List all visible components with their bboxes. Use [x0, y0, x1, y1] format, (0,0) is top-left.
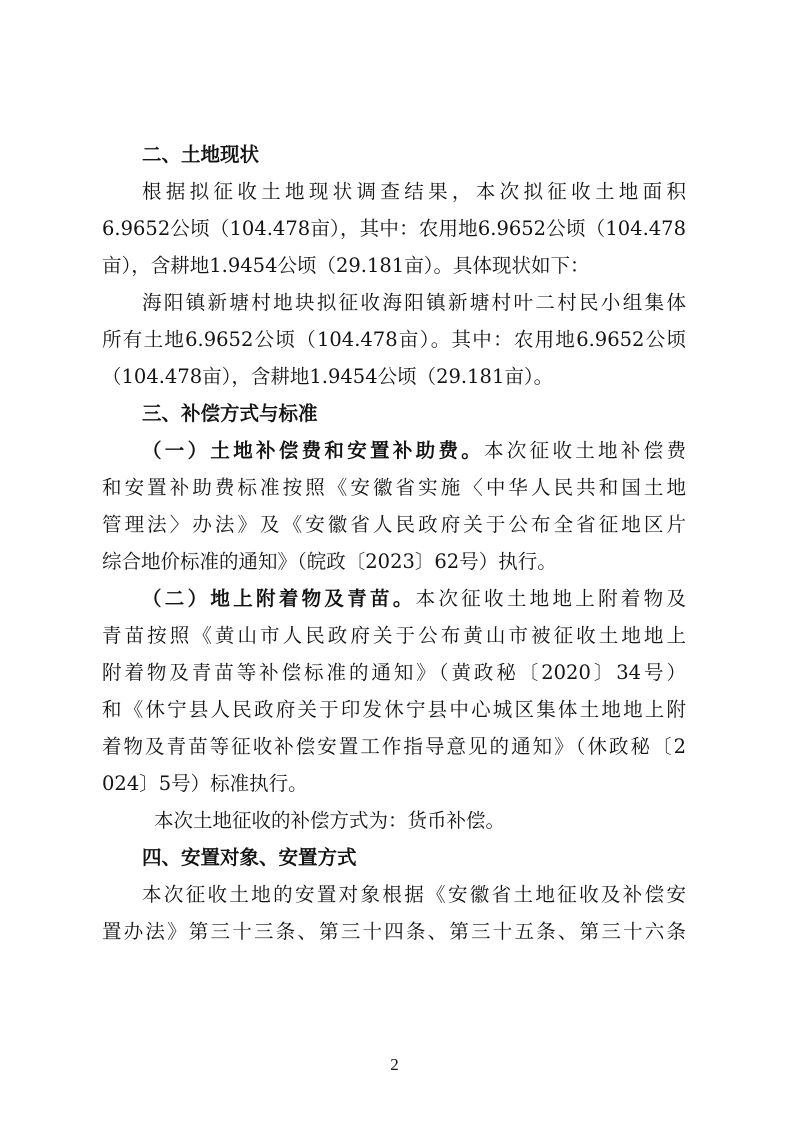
subsection-title-attachments: （二）地上附着物及青苗。 [142, 587, 416, 610]
paragraph-line: 和安置补助费标准按照《安徽省实施〈中华人民共和国土地 [102, 473, 686, 503]
paragraph-line: 亩），含耕地1.9454公顷（29.181亩）。具体现状如下： [102, 251, 686, 281]
paragraph-line: 附着物及青苗等补偿标准的通知》（黄政秘〔2020〕34号） [102, 658, 686, 688]
paragraph-line: 6.9652公顷（104.478亩），其中：农用地6.9652公顷（104.47… [102, 214, 686, 244]
subsection-title-land-compensation: （一）土地补偿费和安置补助费。 [142, 439, 484, 462]
subsection-text: 本次征收土地地上附着物及 [416, 587, 686, 610]
paragraph-line: 本次征收土地的安置对象根据《安徽省土地征收及补偿安 [142, 880, 686, 910]
paragraph-line: 综合地价标准的通知》（皖政〔2023〕62号）执行。 [102, 547, 686, 577]
section-heading-land-status: 二、土地现状 [142, 140, 686, 170]
subsection-first-line: （一）土地补偿费和安置补助费。本次征收土地补偿费 [142, 436, 686, 466]
section-heading-compensation: 三、补偿方式与标准 [142, 399, 686, 429]
paragraph-line: 和《休宁县人民政府关于印发休宁县中心城区集体土地地上附 [102, 695, 686, 725]
paragraph-line: 024〕5号）标准执行。 [102, 769, 686, 799]
paragraph-line: （104.478亩），含耕地1.9454公顷（29.181亩）。 [102, 362, 686, 392]
paragraph-line: 置办法》第三十三条、第三十四条、第三十五条、第三十六条 [102, 917, 686, 947]
section-heading-resettlement: 四、安置对象、安置方式 [142, 843, 686, 873]
paragraph-line: 管理法〉办法》及《安徽省人民政府关于公布全省征地区片 [102, 510, 686, 540]
paragraph-line: 根据拟征收土地现状调查结果，本次拟征收土地面积 [142, 177, 686, 207]
page-number: 2 [0, 1055, 789, 1075]
paragraph-line: 所有土地6.9652公顷（104.478亩）。其中：农用地6.9652公顷 [102, 325, 686, 355]
compensation-method-line: 本次土地征收的补偿方式为：货币补偿。 [154, 806, 698, 836]
paragraph-line: 海阳镇新塘村地块拟征收海阳镇新塘村叶二村民小组集体 [142, 288, 686, 318]
subsection-first-line: （二）地上附着物及青苗。本次征收土地地上附着物及 [142, 584, 686, 614]
paragraph-line: 着物及青苗等征收补偿安置工作指导意见的通知》（休政秘〔2 [102, 732, 686, 762]
paragraph-line: 青苗按照《黄山市人民政府关于公布黄山市被征收土地地上 [102, 621, 686, 651]
subsection-text: 本次征收土地补偿费 [484, 439, 686, 462]
